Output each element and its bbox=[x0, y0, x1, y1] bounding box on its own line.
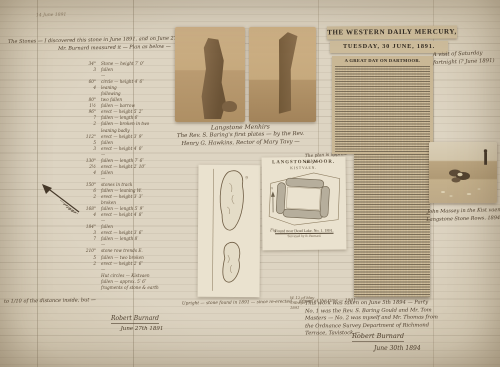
photo-menhir-front bbox=[175, 27, 245, 122]
measurement-row: fragments of stone & earth bbox=[70, 285, 170, 291]
photo-caption-line3: Henry G. Hawkins, Rector of Mary Tavy — bbox=[158, 139, 323, 150]
right-signature-date: June 30th 1894 bbox=[374, 345, 421, 352]
left-signature-block: Robert Burnard June 27th 1891 bbox=[96, 307, 174, 332]
boulder-shape bbox=[222, 101, 237, 112]
photo-caption-block: Langstone Menhirs The Rev. S. Baring's f… bbox=[158, 123, 323, 150]
stone-outline-drawing: 9 bbox=[198, 165, 261, 295]
newspaper-column-lower bbox=[354, 154, 430, 297]
measurement-list: 34°Stone — height 7′ 0″3fallen—60°circle… bbox=[70, 61, 170, 291]
kistvaen-photo-caption: John Massey in the Kist vaen Langstone S… bbox=[424, 207, 500, 224]
newspaper-headline: A GREAT DAY ON DARTMOOR. bbox=[332, 56, 433, 66]
measurement-number bbox=[70, 285, 101, 291]
plan-annotation: The plan is approx. only — bbox=[305, 152, 348, 166]
signature-name: Robert Burnard bbox=[111, 315, 159, 324]
photo-kistvaen-excavation bbox=[429, 142, 497, 203]
plan-surveyor-note: Surveyed by R. Burnard. bbox=[262, 234, 346, 239]
bottom-left-note: to 1/10 of the distance inside, but — bbox=[4, 297, 96, 305]
kistvaen-caption-line2: Langstone Stone Rows. 1894. bbox=[424, 214, 500, 224]
newspaper-column-upper: A GREAT DAY ON DARTMOOR. bbox=[332, 56, 433, 154]
sketch-number-label: 9 bbox=[245, 175, 248, 180]
plan-north-label: N bbox=[270, 186, 273, 190]
signature-date: June 27th 1891 bbox=[110, 326, 174, 332]
newspaper-masthead: THE WESTERN DAILY MERCURY, bbox=[327, 26, 457, 40]
newspaper-body-text-upper bbox=[335, 66, 430, 152]
north-arrow-sketch bbox=[38, 181, 84, 217]
measurement-note: fragments of stone & earth bbox=[101, 285, 170, 291]
kistvaen-plan-card: LANGSTONE MOOR. KISTVAEN. N Fig. Found n… bbox=[262, 157, 347, 251]
leaning-stone-shape bbox=[270, 31, 299, 114]
newspaper-dateline: TUESDAY, 30 JUNE, 1891. bbox=[330, 41, 448, 53]
kistvaen-plan-drawing: N bbox=[264, 169, 345, 228]
pencil-note: 14 June 1891 bbox=[36, 13, 66, 19]
plan-fig-label: Fig. bbox=[270, 228, 277, 232]
stone-sketch-card: 9 bbox=[198, 165, 261, 297]
margin-note-line2: fortnight (? June 1891) bbox=[433, 58, 495, 68]
right-signature: Robert Burnard bbox=[352, 332, 404, 342]
album-page: 14 June 1891 The Stones — I discovered t… bbox=[0, 0, 500, 367]
photo-menhir-side bbox=[249, 27, 316, 122]
excavation-scene-drawing bbox=[429, 142, 497, 203]
margin-note-visit: A visit of Saturday fortnight (? June 18… bbox=[433, 50, 495, 67]
